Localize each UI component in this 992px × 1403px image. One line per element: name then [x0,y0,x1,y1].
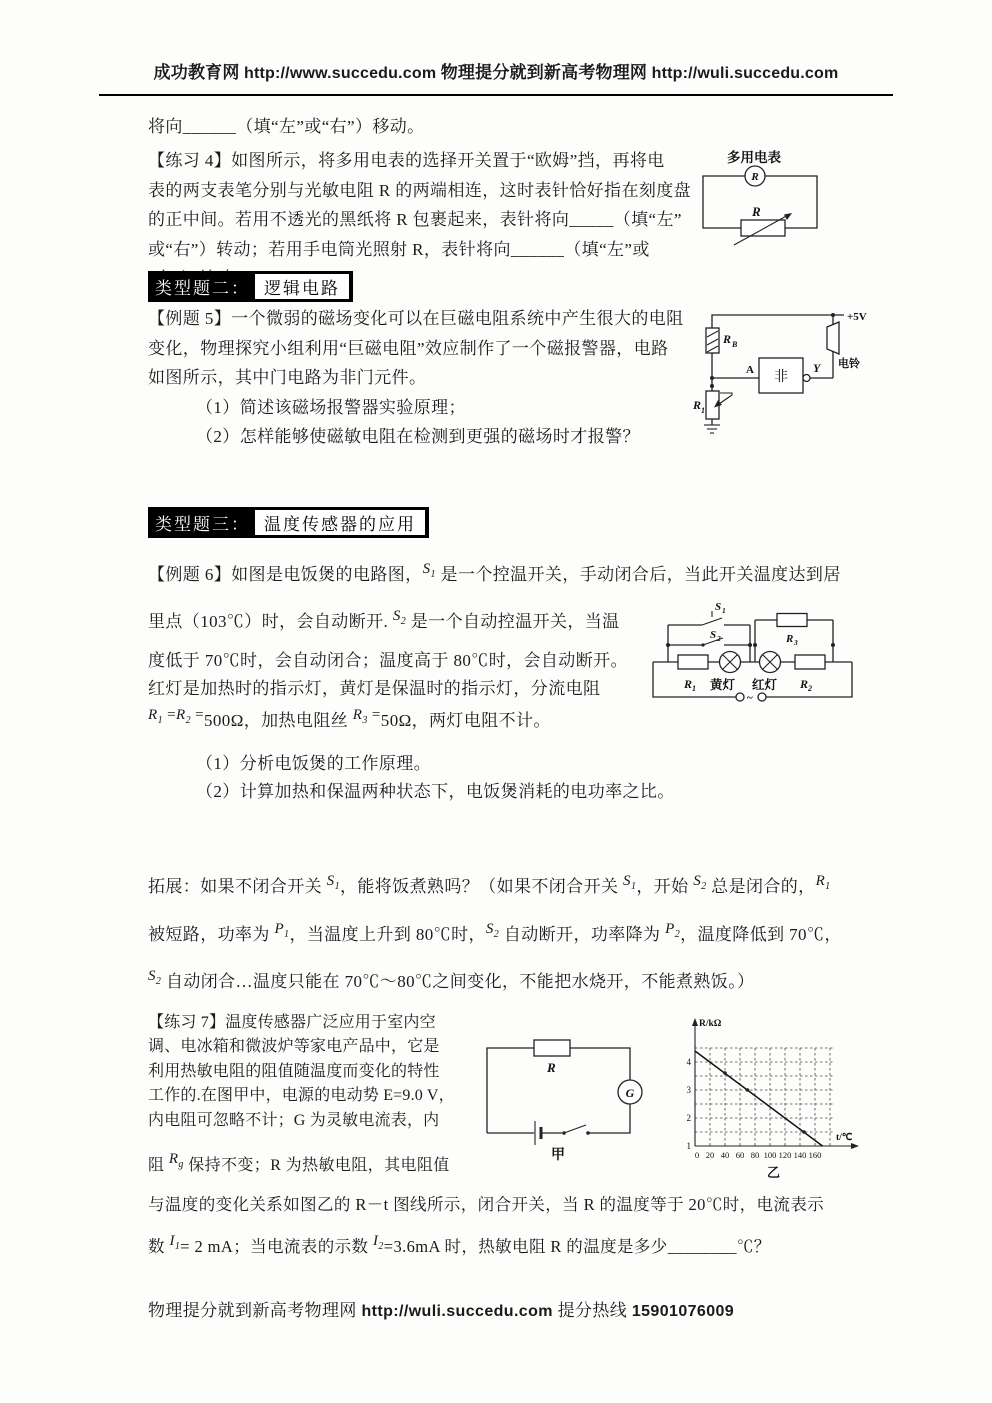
thermistor-icon [534,1040,570,1056]
multimeter-title: 多用电表 [727,149,781,165]
math-I2: I2 [373,1234,384,1252]
junction-dot [753,643,757,647]
switch-S1-sub: 1 [722,606,726,615]
text-segment: 是一个自动控温开关，当温 [406,612,619,631]
magnetic-alarm-circuit-figure: +5V R B A 非 Y 电铃 R 1 [692,293,907,438]
math-sub: 2 [494,929,499,940]
math-base: S [327,873,335,889]
math-base: R [148,707,158,723]
math-S1: S1 [423,562,436,580]
x-tick: 80 [751,1150,760,1160]
yellow-lamp-label: 黄灯 [710,677,736,692]
magnetoresistor-label: R [722,332,731,346]
header-site1: 成功教育网 [154,63,240,82]
rheostat-label: R [692,398,701,412]
x-tick: 60 [736,1150,745,1160]
y-tick: 4 [687,1057,692,1067]
math-sub: 1 [335,881,340,892]
math-sub: 2 [701,881,706,892]
text-line: 【例题 5】一个微弱的磁场变化可以在巨磁电阻系统中产生很大的电阻 [148,304,684,334]
thermistor-resistance-graph: R/kΩ t/℃ 4 3 2 1 0 20 40 60 80 100 120 1… [683,1012,890,1192]
resistor-R2-sub: 2 [807,684,812,693]
text-segment: 阻 [148,1157,169,1174]
math-after: = [368,707,381,723]
junction-dot [710,384,714,388]
rice-cooker-circuit-figure: S1 S2 R3 ~ R1 黄灯 红灯 R2 [648,598,876,720]
text-line: 表的两支表笔分别与光敏电阻 R 的两端相连，这时表针恰好指在刻度盘 [148,176,691,206]
example6-question1: （1）分析电饭煲的工作原理。 [196,749,431,774]
switch-S1-label: S [715,601,721,613]
math-sub: 1 [631,881,636,892]
text-segment: 数 [148,1237,169,1256]
math-S2: S2 [393,609,406,627]
header-site2: 物理提分就到新高考物理网 [441,63,647,82]
text-segment: ，开始 [636,877,693,896]
text-segment: 总是闭合的， [707,877,816,896]
exercise7-paragraph: 【练习 7】温度传感器广泛应用于室内空 调、电冰箱和微波炉等家电产品中，它是 利… [148,1011,455,1133]
switch-S1-icon [702,611,722,625]
inversion-bubble-icon [803,375,810,382]
text-segment: 被短路，功率为 [148,925,274,944]
section-heading-2: 类型题二： 逻辑电路 [148,271,353,302]
worksheet-page: 成功教育网 http://www.succedu.com 物理提分就到新高考物理… [0,0,992,1403]
math-base: S [393,608,401,624]
switch-icon [562,1125,590,1135]
footer-hotline-label: 提分热线 [558,1301,628,1320]
y-tick: 1 [687,1141,692,1151]
x-tick: 40 [721,1150,730,1160]
page-footer: 物理提分就到新高考物理网 http://wuli.succedu.com 提分热… [148,1296,734,1321]
resistor-R1-label: R [683,677,692,691]
photoresistor-label: R [751,204,761,219]
text-line: 或“右”）转动；若用手电筒光照射 R，表针将向______（填“左”或 [148,235,691,265]
section-title: 温度传感器的应用 [255,510,425,535]
ohmmeter-label: R [750,171,758,183]
math-S2: S2 [486,922,499,940]
math-base: S [693,873,701,889]
example6-line3: 度低于 70℃时，会自动闭合；温度高于 80℃时，会自动断开。 [148,646,628,671]
galvanometer-label: G [626,1086,635,1100]
red-lamp-label: 红灯 [752,677,778,692]
text-segment: 保持不变；R 为热敏电阻，其电阻值 [184,1157,450,1174]
text-line: 工作的.在图甲中，电源的电动势 E=9.0 V， [148,1084,455,1108]
text-segment: 是一个控温开关，手动闭合后，当此开关温度达到居 [436,565,841,584]
math-sub: g [178,1159,183,1170]
text-line: 内电阻可忽略不计；G 为灵敏电流表，内 [148,1109,455,1133]
resistor-R3-icon [777,614,807,627]
circuit-wires [487,1048,630,1133]
text-line: 【练习 7】温度传感器广泛应用于室内空 [148,1011,455,1035]
math-sub: 1 [175,1241,180,1252]
magnetoresistor-sub: B [731,340,738,349]
text-segment: 拓展：如果不闭合开关 [148,877,327,896]
red-lamp-icon [760,652,781,673]
math-base: S [623,873,631,889]
example6-line4: 红灯是加热时的指示灯，黄灯是保温时的指示灯，分流电阻 [148,674,600,699]
x-tick-labels: 0 20 40 60 80 100 120 140 160 [695,1150,822,1160]
footer-url[interactable]: http://wuli.succedu.com [361,1303,552,1320]
y-tick: 2 [687,1113,692,1123]
math-I1: I1 [169,1234,180,1252]
battery-icon [535,1121,541,1145]
axes [692,1018,859,1149]
math-sub: 2 [378,1241,383,1252]
math-base: S [423,561,431,577]
text-segment: 里点（103℃）时，会自动断开. [148,612,393,631]
math-S2: S2 [148,969,161,987]
x-axis-label: t/℃ [836,1132,853,1143]
y-axis-label: R/kΩ [699,1019,722,1029]
extension-line1: 拓展：如果不闭合开关 S1，能将饭煮熟吗？（如果不闭合开关 S1，开始 S2 总… [148,872,831,899]
text-segment: 自动断开，功率降为 [499,925,665,944]
math-P2: P2 [665,922,680,940]
example6-question2: （2）计算加热和保温两种状态下，电饭煲消耗的电功率之比。 [196,777,675,802]
math-S1: S1 [327,874,340,892]
figure-caption: 乙 [767,1165,780,1180]
section-title: 逻辑电路 [255,274,349,299]
math-R1: R1 = [148,708,176,726]
thermistor-label: R [546,1060,556,1075]
resistor-R3-sub: 3 [793,638,798,647]
math-sub: 2 [401,616,406,627]
footer-phone: 15901076009 [632,1303,734,1320]
gate-output-label: Y [813,361,822,375]
resistor-R1-sub: 1 [692,684,696,693]
thermistor-circuit-figure: R G 甲 [478,1032,653,1167]
x-tick: 100 [764,1150,777,1160]
text-segment: 自动闭合…温度只能在 70℃～80℃之间变化，不能把水烧开，不能煮熟饭。） [161,972,754,991]
text-segment: ，温度降低到 70℃， [680,925,842,944]
switch-S2-label: S [710,629,716,641]
text-line: 调、电冰箱和微波炉等家电产品中，它是 [148,1035,455,1059]
example6-line5: R1 = R2 = 500Ω，加热电阻丝 R3 = 50Ω，两灯电阻不计。 [148,706,551,733]
header-url2[interactable]: http://wuli.succedu.com [652,65,839,82]
text-line: 变化，物理探究小组利用“巨磁电阻”效应制作了一个磁报警器，电路 [148,334,684,364]
junction-dot [666,643,670,647]
math-base: S [486,921,494,937]
page-header: 成功教育网 http://www.succedu.com 物理提分就到新高考物理… [0,58,992,83]
text-line: 利用热敏电阻的阻值随温度而变化的特性 [148,1060,455,1084]
math-sub: 1 [430,569,435,580]
supply-label: +5V [847,311,867,323]
magnetoresistor-icon [706,328,719,353]
text-line: 【练习 4】如图所示，将多用电表的选择开关置于“欧姆”挡，再将电 [148,146,691,176]
data-line [695,1051,823,1146]
ground-icon [704,425,720,433]
footer-site: 物理提分就到新高考物理网 [148,1301,357,1320]
exercise7-tail2: 数 I1= 2 mA；当电流表的示数 I2=3.6mA 时，热敏电阻 R 的温度… [148,1233,771,1259]
header-url1[interactable]: http://www.succedu.com [244,65,436,82]
x-tick: 120 [779,1150,792,1160]
switch-S2-sub: 2 [716,634,721,643]
text-line: 如图所示，其中门电路为非门元件。 [148,363,684,393]
intro-line: 将向______（填“左”或“右”）移动。 [148,112,425,137]
text-segment: =3.6mA 时，热敏电阻 R 的温度是多少________℃？ [384,1237,771,1256]
math-S2: S2 [693,874,706,892]
math-base: P [665,921,675,937]
math-sub: 2 [156,976,161,987]
exercise7-tail1: 与温度的变化关系如图乙的 R－t 图线所示，闭合开关，当 R 的温度等于 20℃… [148,1191,824,1215]
section-tag: 类型题三： [148,510,252,535]
resistor-R2-label: R [799,677,808,691]
math-base: S [148,968,156,984]
rheostat-sub: 1 [701,406,705,415]
math-base: R [353,707,363,723]
math-base: R [816,873,826,889]
x-tick: 160 [809,1150,822,1160]
grid-lines [695,1048,833,1146]
gate-input-label: A [746,364,754,376]
not-gate-symbol: 非 [774,369,788,385]
multimeter-circuit-figure: 多用电表 R R [698,142,898,250]
math-sub: 2 [675,929,680,940]
text-segment: ，当温度上升到 80℃时， [289,925,485,944]
y-tick-labels: 4 3 2 1 [687,1057,692,1151]
text-segment: 50Ω，两灯电阻不计。 [381,711,551,730]
bell-icon [827,322,839,354]
math-S1: S1 [623,874,636,892]
x-tick: 20 [706,1150,715,1160]
math-sub: 1 [284,929,289,940]
example5-paragraph: 【例题 5】一个微弱的磁场变化可以在巨磁电阻系统中产生很大的电阻 变化，物理探究… [148,304,684,452]
header-divider [99,94,893,96]
yellow-lamp-icon [720,652,741,673]
math-base: R [176,707,186,723]
junction-dot [710,376,714,380]
math-base: P [274,921,284,937]
text-line: 的正中间。若用不透光的黑纸将 R 包裹起来，表针将向_____（填“左” [148,205,691,235]
math-after: = [163,707,176,723]
photoresistor-icon [741,220,785,236]
question-2: （2）怎样能够使磁敏电阻在检测到更强的磁场时才报警？ [196,422,684,452]
math-R1: R1 [816,874,831,892]
figure-caption: 甲 [551,1147,565,1163]
question-1: （1）简述该磁场报警器实验原理； [196,393,684,423]
x-tick: 140 [794,1150,807,1160]
x-tick: 0 [695,1150,699,1160]
section-heading-3: 类型题三： 温度传感器的应用 [148,507,429,538]
junction-dot [748,643,752,647]
example6-line1: 【例题 6】如图是电饭煲的电路图，S1 是一个控温开关，手动闭合后，当此开关温度… [148,560,841,587]
math-base: R [169,1151,179,1167]
math-R2: R2 = [176,708,204,726]
text-segment: ，能将饭煮熟吗？（如果不闭合开关 [340,877,623,896]
exercise7-line6: 阻 Rg 保持不变；R 为热敏电阻，其电阻值 [148,1152,450,1177]
ac-symbol: ~ [747,692,753,704]
example6-line2: 里点（103℃）时，会自动断开. S2 是一个自动控温开关，当温 [148,607,620,634]
math-Rg: Rg [169,1152,184,1170]
extension-line2: 被短路，功率为 P1，当温度上升到 80℃时，S2 自动断开，功率降为 P2，温… [148,920,842,947]
junction-dot [831,643,835,647]
y-tick: 3 [687,1085,692,1095]
resistor-R2-icon [795,655,825,669]
math-R3: R3 = [353,708,381,726]
extension-line3: S2 自动闭合…温度只能在 70℃～80℃之间变化，不能把水烧开，不能煮熟饭。） [148,967,755,994]
resistor-R3-label: R [785,633,793,645]
text-segment: = 2 mA；当电流表的示数 [180,1237,373,1256]
math-sub: 1 [825,881,830,892]
section-tag: 类型题二： [148,274,252,299]
math-after: = [191,707,204,723]
resistor-R1-icon [678,655,708,669]
text-segment: 500Ω，加热电阻丝 [204,711,353,730]
math-P1: P1 [274,922,289,940]
junction-dot [831,313,835,317]
bell-label: 电铃 [838,356,860,370]
text-segment: 【例题 6】如图是电饭煲的电路图， [148,565,423,584]
